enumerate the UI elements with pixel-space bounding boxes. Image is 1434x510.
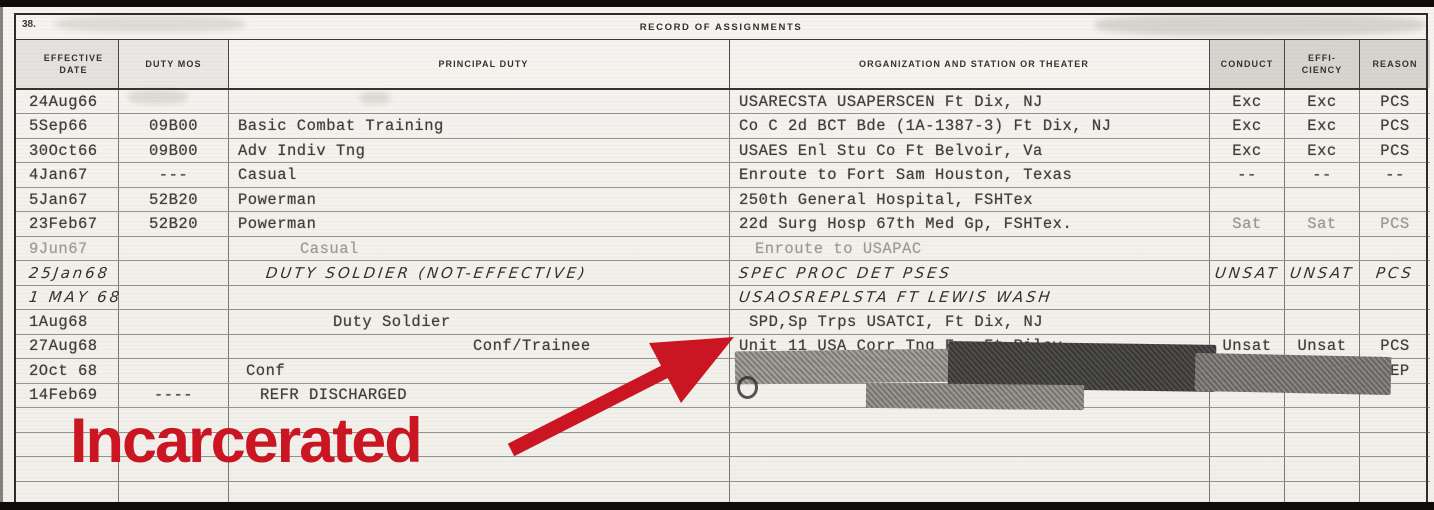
cell-reason xyxy=(1360,188,1430,211)
cell-conduct xyxy=(1210,433,1285,456)
cell-duty: Basic Combat Training xyxy=(229,114,730,137)
cell-duty: Casual xyxy=(229,163,730,186)
cell-date: 9Jun67 xyxy=(16,237,119,260)
table-row: 5Sep6609B00Basic Combat TrainingCo C 2d … xyxy=(16,114,1430,138)
column-header-mos: DUTY MOS xyxy=(119,40,229,88)
cell-org: USARECSTA USAPERSCEN Ft Dix, NJ xyxy=(730,90,1210,113)
cell-reason xyxy=(1360,286,1430,309)
table-row: 23Feb6752B20Powerman22d Surg Hosp 67th M… xyxy=(16,212,1430,236)
cell-conduct: Unsat xyxy=(1210,335,1285,358)
table-row: 25Jan68DUTY SOLDIER (NOT-EFFECTIVE)SPEC … xyxy=(16,261,1430,285)
cell-reason: PCS xyxy=(1360,261,1430,284)
cell-conduct: Exc xyxy=(1210,139,1285,162)
cell-reason: PCS xyxy=(1360,114,1430,137)
cell-date: 5Jan67 xyxy=(16,188,119,211)
scanned-record-of-assignments: 38. RECORD OF ASSIGNMENTS EFFECTIVE DATE… xyxy=(0,0,1434,510)
cell-org xyxy=(730,408,1210,431)
cell-efficiency xyxy=(1285,359,1360,382)
cell-reason: PCS xyxy=(1360,139,1430,162)
cell-efficiency xyxy=(1285,408,1360,431)
cell-org xyxy=(730,457,1210,480)
cell-mos: --- xyxy=(119,163,229,186)
cell-duty xyxy=(229,90,730,113)
column-header-duty: PRINCIPAL DUTY xyxy=(229,40,730,88)
cell-reason: PCS xyxy=(1360,212,1430,235)
cell-duty: Casual xyxy=(229,237,730,260)
cell-efficiency: Exc xyxy=(1285,90,1360,113)
cell-duty xyxy=(229,286,730,309)
cell-duty: Powerman xyxy=(229,188,730,211)
cell-org: Co C 2d BCT Bde (1A-1387-3) Ft Dix, NJ xyxy=(730,114,1210,137)
cell-conduct xyxy=(1210,359,1285,382)
cell-efficiency: Exc xyxy=(1285,114,1360,137)
cell-duty: Duty Soldier xyxy=(229,310,730,333)
cell-reason: SEP xyxy=(1360,359,1430,382)
column-header-efficiency: EFFI-CIENCY xyxy=(1285,40,1360,88)
cell-date: 2Oct 68 xyxy=(16,359,119,382)
cell-org: 250th General Hospital, FSHTex xyxy=(730,188,1210,211)
cell-conduct xyxy=(1210,188,1285,211)
cell-efficiency xyxy=(1285,433,1360,456)
column-header-conduct: CONDUCT xyxy=(1210,40,1285,88)
table-row: 27Aug68Conf/TraineeUnit 11 USA Corr Tng … xyxy=(16,335,1430,359)
cell-conduct xyxy=(1210,384,1285,407)
cell-org xyxy=(730,359,1210,382)
cell-efficiency: Sat xyxy=(1285,212,1360,235)
column-header-reason: REASON xyxy=(1360,40,1430,88)
cell-mos xyxy=(119,310,229,333)
cell-org: Enroute to USAPAC xyxy=(730,237,1210,260)
cell-date: 14Feb69 xyxy=(16,384,119,407)
cell-conduct: Exc xyxy=(1210,90,1285,113)
cell-date: 1 MAY 68 xyxy=(16,286,119,309)
cell-mos: 09B00 xyxy=(119,114,229,137)
cell-efficiency xyxy=(1285,457,1360,480)
cell-duty: Conf xyxy=(229,359,730,382)
cell-org: USAES Enl Stu Co Ft Belvoir, Va xyxy=(730,139,1210,162)
cell-reason: PCS xyxy=(1360,90,1430,113)
cell-conduct: Exc xyxy=(1210,114,1285,137)
cell-duty: DUTY SOLDIER (NOT-EFFECTIVE) xyxy=(229,261,730,284)
cell-date: 24Aug66 xyxy=(16,90,119,113)
cell-date: 23Feb67 xyxy=(16,212,119,235)
cell-conduct xyxy=(1210,457,1285,480)
cell-reason xyxy=(1360,310,1430,333)
table-row: 1Aug68Duty SoldierSPD,Sp Trps USATCI, Ft… xyxy=(16,310,1430,334)
cell-efficiency xyxy=(1285,188,1360,211)
cell-duty: Conf/Trainee xyxy=(229,335,730,358)
cell-duty: REFR DISCHARGED xyxy=(229,384,730,407)
table-row: 1 MAY 68USAOSREPLSTA FT LEWIS WASH xyxy=(16,286,1430,310)
cell-org: SPD,Sp Trps USATCI, Ft Dix, NJ xyxy=(730,310,1210,333)
cell-efficiency: UNSAT xyxy=(1285,261,1360,284)
cell-efficiency xyxy=(1285,384,1360,407)
table-row: 30Oct6609B00Adv Indiv TngUSAES Enl Stu C… xyxy=(16,139,1430,163)
cell-mos: 52B20 xyxy=(119,212,229,235)
cell-reason xyxy=(1360,408,1430,431)
cell-efficiency xyxy=(1285,237,1360,260)
incarcerated-annotation: Incarcerated xyxy=(70,410,421,473)
cell-reason xyxy=(1360,237,1430,260)
cell-mos xyxy=(119,90,229,113)
cell-conduct: Sat xyxy=(1210,212,1285,235)
cell-reason xyxy=(1360,457,1430,480)
cell-mos xyxy=(119,286,229,309)
cell-date: 1Aug68 xyxy=(16,310,119,333)
cell-org: 22d Surg Hosp 67th Med Gp, FSHTex. xyxy=(730,212,1210,235)
form-item-number: 38. xyxy=(22,19,36,30)
cell-reason: -- xyxy=(1360,163,1430,186)
cell-duty: Powerman xyxy=(229,212,730,235)
cell-mos: 09B00 xyxy=(119,139,229,162)
cell-date: 27Aug68 xyxy=(16,335,119,358)
cell-duty: Adv Indiv Tng xyxy=(229,139,730,162)
cell-reason xyxy=(1360,384,1430,407)
cell-mos xyxy=(119,359,229,382)
scan-left-edge xyxy=(0,7,3,502)
cell-efficiency xyxy=(1285,310,1360,333)
table-row: 14Feb69----REFR DISCHARGED xyxy=(16,384,1430,408)
cell-conduct xyxy=(1210,237,1285,260)
cell-org: USAOSREPLSTA FT LEWIS WASH xyxy=(730,286,1210,309)
cell-efficiency: Unsat xyxy=(1285,335,1360,358)
cell-date: 25Jan68 xyxy=(16,261,119,284)
cell-org xyxy=(730,384,1210,407)
cell-mos: 52B20 xyxy=(119,188,229,211)
cell-org: Enroute to Fort Sam Houston, Texas xyxy=(730,163,1210,186)
cell-org: Unit 11 USA Corr Tng Fac Ft Riley xyxy=(730,335,1210,358)
cell-reason xyxy=(1360,433,1430,456)
table-row: 4Jan67---CasualEnroute to Fort Sam Houst… xyxy=(16,163,1430,187)
cell-efficiency: -- xyxy=(1285,163,1360,186)
cell-org: SPEC PROC DET PSES xyxy=(730,261,1210,284)
cell-conduct xyxy=(1210,408,1285,431)
cell-conduct: -- xyxy=(1210,163,1285,186)
cell-mos: ---- xyxy=(119,384,229,407)
column-header-org: ORGANIZATION AND STATION OR THEATER xyxy=(730,40,1210,88)
cell-efficiency xyxy=(1285,286,1360,309)
cell-mos xyxy=(119,335,229,358)
cell-mos xyxy=(119,237,229,260)
cell-conduct xyxy=(1210,286,1285,309)
table-row: 2Oct 68ConfSEP xyxy=(16,359,1430,383)
table-row: 5Jan6752B20Powerman250th General Hospita… xyxy=(16,188,1430,212)
cell-efficiency: Exc xyxy=(1285,139,1360,162)
column-header-date: EFFECTIVE DATE xyxy=(16,40,119,88)
cell-conduct xyxy=(1210,310,1285,333)
cell-org xyxy=(730,433,1210,456)
table-row: 24Aug66USARECSTA USAPERSCEN Ft Dix, NJEx… xyxy=(16,90,1430,114)
cell-date: 4Jan67 xyxy=(16,163,119,186)
table-row: 9Jun67CasualEnroute to USAPAC xyxy=(16,237,1430,261)
cell-date: 5Sep66 xyxy=(16,114,119,137)
cell-date: 30Oct66 xyxy=(16,139,119,162)
cell-reason: PCS xyxy=(1360,335,1430,358)
cell-conduct: UNSAT xyxy=(1210,261,1285,284)
table-title: RECORD OF ASSIGNMENTS xyxy=(640,22,803,33)
cell-mos xyxy=(119,261,229,284)
scan-top-border xyxy=(0,0,1434,7)
table-header: EFFECTIVE DATEDUTY MOSPRINCIPAL DUTYORGA… xyxy=(16,40,1426,90)
table-title-strip: 38. RECORD OF ASSIGNMENTS xyxy=(16,15,1426,40)
scan-bottom-border xyxy=(0,502,1434,510)
